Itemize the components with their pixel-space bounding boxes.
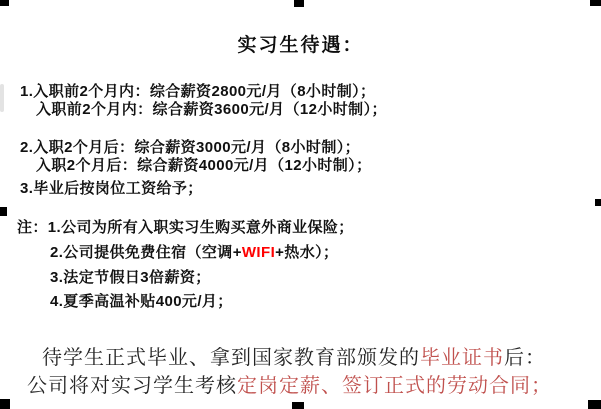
footer-line-1: 待学生正式毕业、拿到国家教育部颁发的毕业证书后： xyxy=(42,341,546,370)
crop-mark-bottom-middle[interactable] xyxy=(292,402,304,409)
note-4-line: 4.夏季高温补贴400元/月； xyxy=(50,290,233,311)
crop-mark-bottom-right[interactable] xyxy=(588,400,601,409)
footer-2-segment-black: 公司将对实习学生考核 xyxy=(27,375,237,397)
crop-mark-bottom-left[interactable] xyxy=(0,399,10,409)
footer-1-segment-black-2: 后： xyxy=(504,347,546,369)
note-1-line: 注：1.公司为所有入职实习生购买意外商业保险； xyxy=(17,216,354,237)
note-3-line: 3.法定节假日3倍薪资； xyxy=(50,266,211,287)
crop-mark-left-middle[interactable] xyxy=(0,207,7,216)
crop-mark-top-right[interactable] xyxy=(590,0,601,6)
note-2-segment-black-2: +热水）； xyxy=(275,244,338,261)
page-title: 实习生待遇： xyxy=(0,30,601,57)
note-2-segment-black-1: 2.公司提供免费住宿（空调+ xyxy=(50,244,242,261)
benefit-2-line-2: 入职2个月后：综合薪资4000元/月（12小时制）； xyxy=(36,154,371,175)
footer-2-segment-highlight: 定岗定薪、签订正式的劳动合同； xyxy=(237,375,552,397)
note-2-segment-wifi: WIFI xyxy=(242,244,275,261)
benefit-1-line-2: 入职前2个月内：综合薪资3600元/月（12小时制）； xyxy=(36,98,387,119)
document-page: 实习生待遇： 1.入职前2个月内：综合薪资2800元/月（8小时制）； 入职前2… xyxy=(0,0,601,409)
footer-1-segment-highlight: 毕业证书 xyxy=(420,347,504,369)
crop-mark-top-middle[interactable] xyxy=(294,0,304,7)
edge-artifact xyxy=(0,84,4,112)
crop-mark-top-left[interactable] xyxy=(0,0,9,6)
benefit-3-line: 3.毕业后按岗位工资给予； xyxy=(20,177,203,198)
footer-line-2: 公司将对实习学生考核定岗定薪、签订正式的劳动合同； xyxy=(27,369,552,398)
crop-mark-right-middle[interactable] xyxy=(595,199,601,206)
note-2-line: 2.公司提供免费住宿（空调+WIFI+热水）； xyxy=(50,241,338,262)
footer-1-segment-black: 待学生正式毕业、拿到国家教育部颁发的 xyxy=(42,347,420,369)
